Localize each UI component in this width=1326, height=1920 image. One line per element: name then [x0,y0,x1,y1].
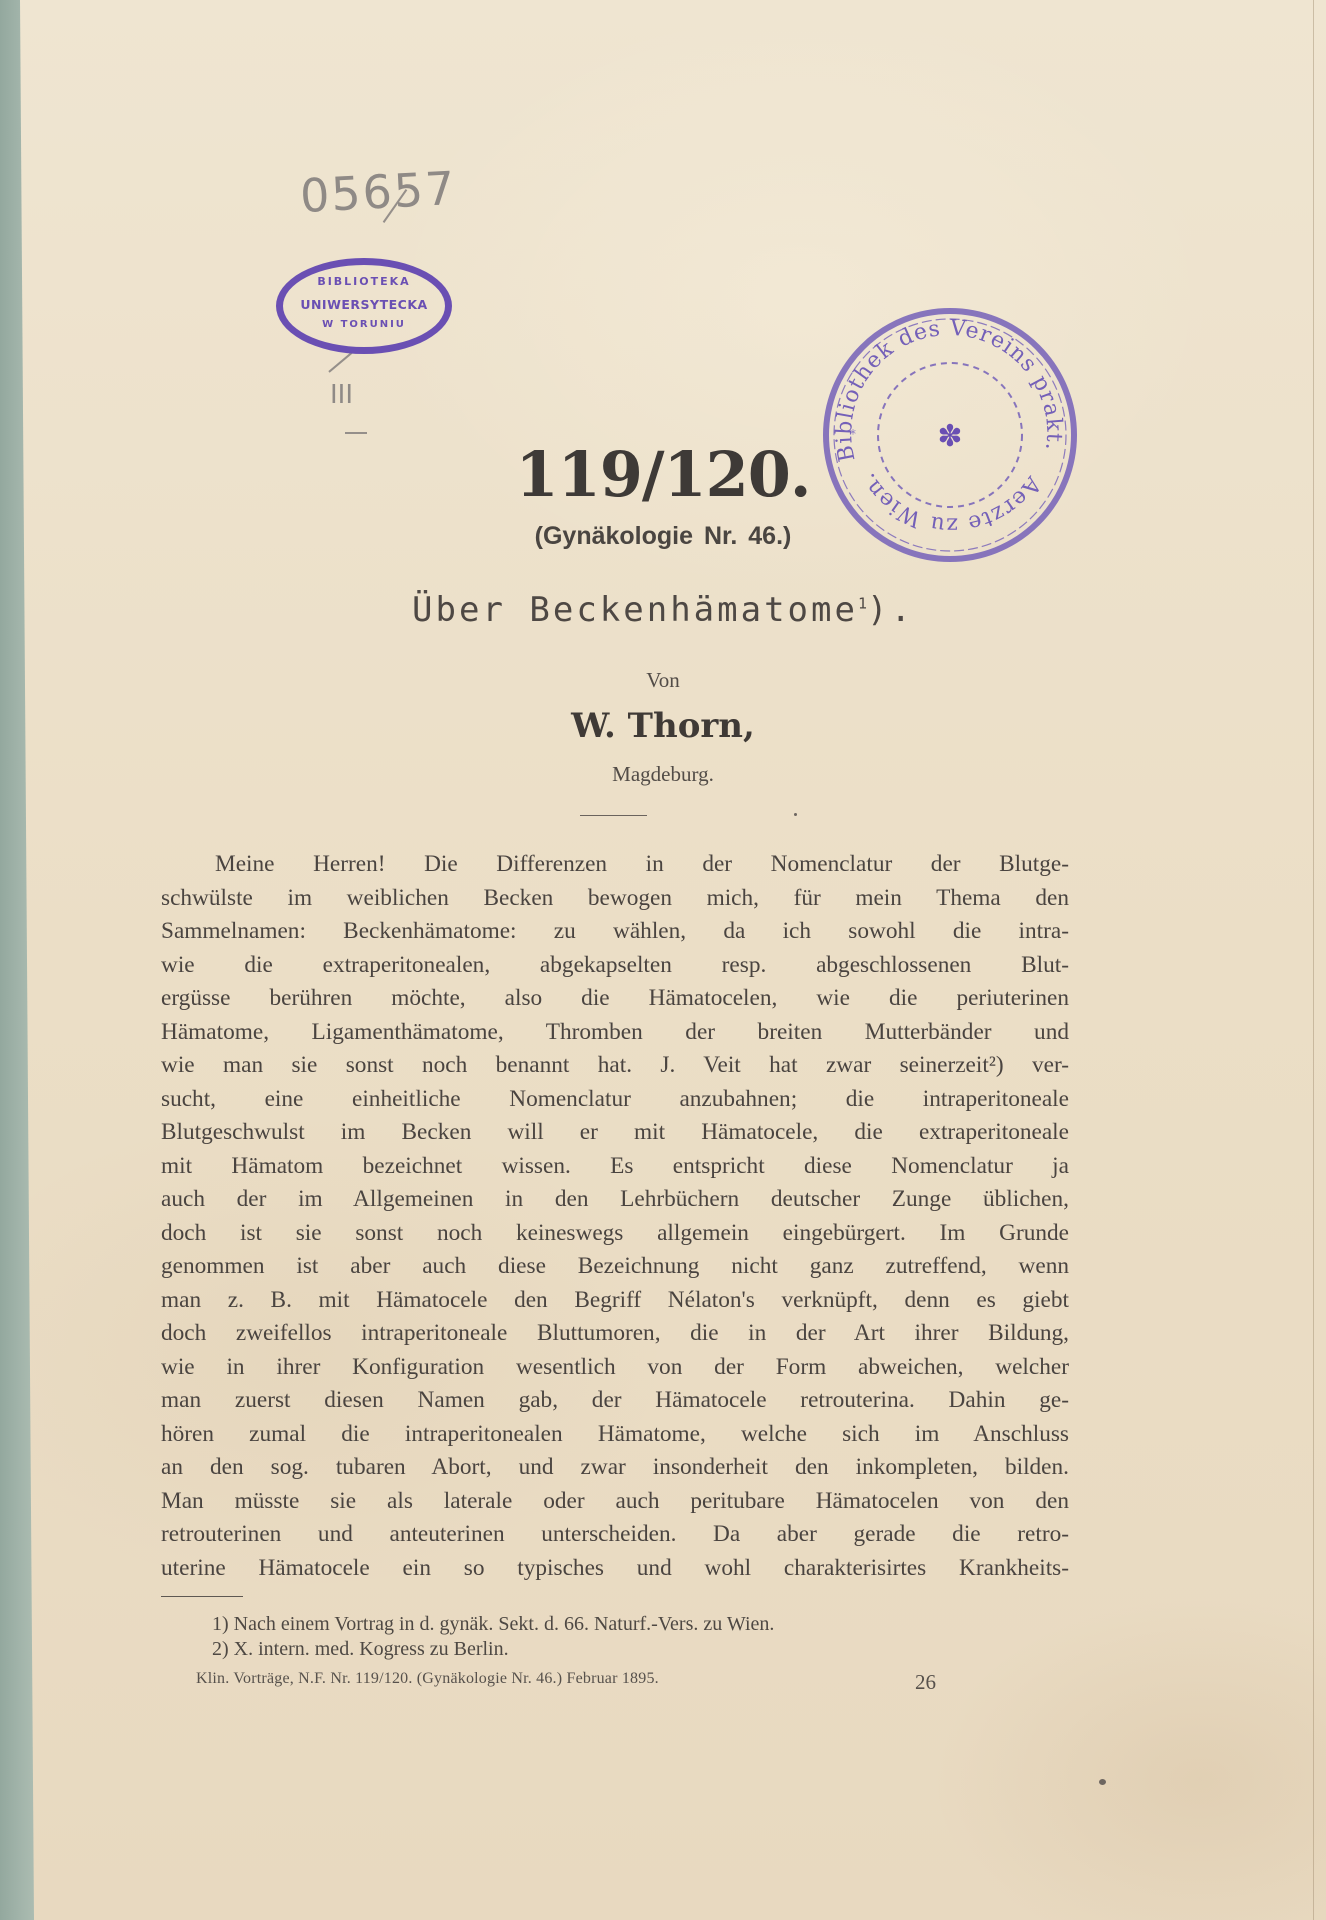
page-number: 26 [915,1670,936,1695]
body-line: Man müsste sie als laterale oder auch pe… [161,1485,1069,1519]
body-line: man z. B. mit Hämatocele den Begriff Nél… [161,1284,1069,1318]
body-line: Sammelnamen: Beckenhämatome: zu wählen, … [161,915,1069,949]
body-line: sucht, eine einheitliche Nomenclatur anz… [161,1083,1069,1117]
pencil-shelf-mark: III [330,380,353,410]
stamp-text: BIBLIOTEKA [283,275,445,288]
body-line: ergüsse berühren möchte, also die Hämato… [161,982,1069,1016]
section-divider [580,815,647,816]
stamp-text: UNIWERSYTECKA [283,297,445,312]
page-footer: Klin. Vorträge, N.F. Nr. 119/120. (Gynäk… [196,1670,936,1695]
body-line: doch ist sie sonst noch keineswegs allge… [161,1217,1069,1251]
paper-speck [794,813,797,816]
footnote-1: 1) Nach einem Vortrag in d. gynäk. Sekt.… [212,1612,774,1637]
body-line: uterine Hämatocele ein so typisches und … [161,1552,1069,1586]
body-paragraph: Meine Herren! Die Differenzen in der Nom… [161,848,1069,1585]
author-name: W. Thorn, [0,706,1326,746]
body-line: Blutgeschwulst im Becken will er mit Häm… [161,1116,1069,1150]
body-line: wie in ihrer Konfiguration wesentlich vo… [161,1351,1069,1385]
body-line: retrouterinen und anteuterinen untersche… [161,1518,1069,1552]
article-title: Über Beckenhämatome1). [0,590,1326,630]
body-line: wie die extraperitonealen, abgekapselten… [161,949,1069,983]
stamp-text: W TORUNIU [283,319,445,330]
body-line: hören zumal die intraperitonealen Hämato… [161,1418,1069,1452]
series-label: (Gynäkologie Nr. 46.) [0,522,1326,551]
body-line: auch der im Allgemeinen in den Lehrbüche… [161,1183,1069,1217]
footnote-2: 2) X. intern. med. Kogress zu Berlin. [212,1637,774,1662]
title-text: Über Beckenhämatome [412,590,858,630]
journal-citation: Klin. Vorträge, N.F. Nr. 119/120. (Gynäk… [196,1670,659,1695]
body-line: schwülste im weiblichen Becken bewogen m… [161,882,1069,916]
body-line: man zuerst diesen Namen gab, der Hämatoc… [161,1384,1069,1418]
body-line: an den sog. tubaren Abort, und zwar inso… [161,1451,1069,1485]
issue-number: 119/120. [0,438,1326,511]
body-line: mit Hämatom bezeichnet wissen. Es entspr… [161,1150,1069,1184]
library-stamp-oval: BIBLIOTEKA UNIWERSYTECKA W TORUNIU [276,258,452,354]
pencil-stroke [345,432,367,434]
body-line: doch zweifellos intraperitoneale Bluttum… [161,1317,1069,1351]
footnote-divider [161,1596,243,1597]
paper-speck [1099,1779,1106,1785]
body-line: wie man sie sonst noch benannt hat. J. V… [161,1049,1069,1083]
footnotes: 1) Nach einem Vortrag in d. gynäk. Sekt.… [212,1612,774,1662]
body-line: Meine Herren! Die Differenzen in der Nom… [161,848,1069,882]
pencil-accession-number: 05657 [299,161,458,223]
title-footnote-mark: 1 [858,595,867,613]
author-place: Magdeburg. [0,762,1326,787]
title-suffix: ). [867,590,914,630]
body-line: genommen ist aber auch diese Bezeichnung… [161,1250,1069,1284]
page-edge [1313,0,1314,1920]
byline-prefix: Von [0,668,1326,693]
body-line: Hämatome, Ligamenthämatome, Thromben der… [161,1016,1069,1050]
